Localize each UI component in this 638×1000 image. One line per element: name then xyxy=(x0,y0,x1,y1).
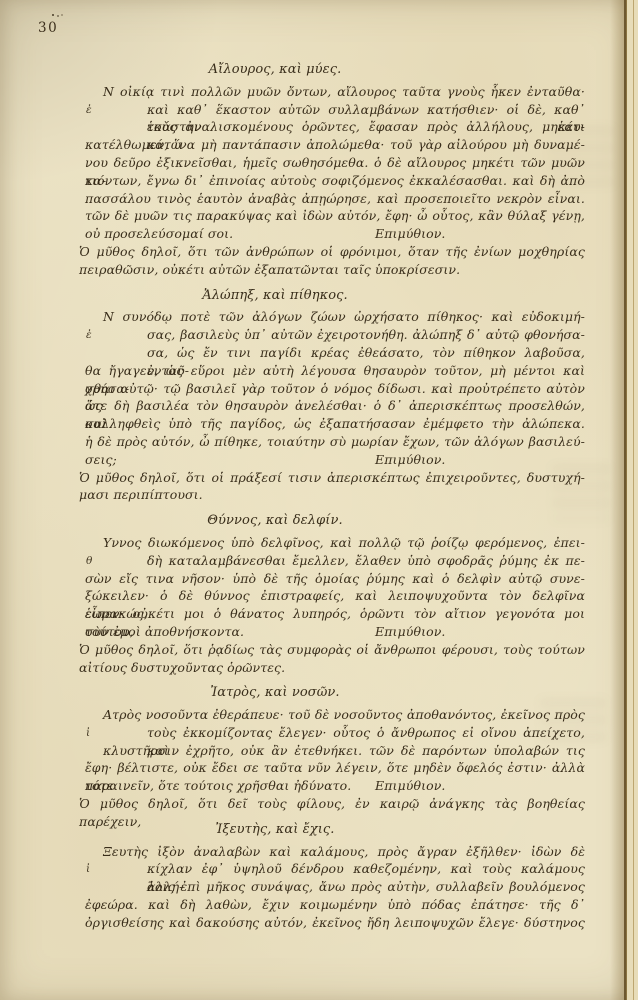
line-text: ὀργισθείσης καὶ δακούσης αὐτόν, ἐκεῖνος … xyxy=(85,915,585,930)
line-text: συλληφθεὶς ὑπὸ τῆς παγίδος, ὡς ἐξαπατήσα… xyxy=(85,416,585,431)
text-line: Ν συνόδῳ ποτὲ τῶν ἀλόγων ζώων ὠρχήσατο π… xyxy=(103,308,585,326)
text-line: σα, ὡς ἔν τινι παγίδι κρέας ἐθεάσατο, τὸ… xyxy=(147,344,585,362)
text-line: Ξευτὴς ἰξὸν ἀναλαβὼν καὶ καλάμους, πρὸς … xyxy=(103,843,585,861)
fable-title: Αἴλουρος, καὶ μύες. xyxy=(85,61,585,79)
text-line: ἅτε δὴ βασιλέα τὸν θησαυρὸν ἀνελέσθαι· ὁ… xyxy=(85,397,585,415)
line-text: σὺν ἐμοὶ ἀποθνήσκοντα. xyxy=(85,624,244,639)
text-line: θδὴ καταλαμβάνεσθαι ἔμελλεν, ἔλαθεν ὑπὸ … xyxy=(147,552,585,570)
text-line: σὼν εἴς τινα νῆσον· ὑπὸ δὲ τῆς ὁμοίας ῥύ… xyxy=(85,570,585,588)
line-text: Ὁ μῦθος δηλοῖ, ὅτι τῶν ἀνθρώπων οἱ φρόνι… xyxy=(79,244,585,259)
line-text: μασι περιπίπτουσι. xyxy=(79,487,203,502)
text-line: ἡ δὲ πρὸς αὐτόν, ὦ πίθηκε, τοιαύτην σὺ μ… xyxy=(85,433,585,451)
epimythion-label: Επιμύθιον. xyxy=(375,225,446,243)
text-line: τιόντων, ἔγνω δι᾽ ἐπινοίας αὐτοὺς σοφιζό… xyxy=(85,172,585,190)
text-line: ἐφεώρα. καὶ δὴ λαθὼν, ἔχιν κοιμωμένην ὑπ… xyxy=(85,896,585,914)
text-line: ἰτοὺς ἐκκομίζοντας ἔλεγεν· οὗτος ὁ ἄνθρω… xyxy=(147,724,585,742)
guide-letter: ἰ xyxy=(86,861,90,879)
text-line: Υννος διωκόμενος ὑπὸ δελφῖνος, καὶ πολλῷ… xyxy=(103,534,585,552)
line-text: οὐ προσελεύσομαί σοι. xyxy=(85,226,233,241)
text-line: Ατρὸς νοσοῦντα ἐθεράπευε· τοῦ δὲ νοσοῦντ… xyxy=(103,706,585,724)
line-text: σας, βασιλεὺς ὑπ᾽ αὐτῶν ἐχειροτονήθη. ἀλ… xyxy=(147,327,585,342)
guide-letter: ἐ xyxy=(86,102,92,120)
text-line: συλληφθεὶς ὑπὸ τῆς παγίδος, ὡς ἐξαπατήσα… xyxy=(85,415,585,433)
text-line: κλυστῆρσιν ἐχρῆτο, οὐκ ἂν ἐτεθνήκει. τῶν… xyxy=(103,742,585,760)
epimythion-line: οὐ προσελεύσομαί σοι.Επιμύθιον. xyxy=(85,225,585,243)
page-number: 30 xyxy=(38,20,58,36)
line-text: λοις ἐπὶ μῆκος συνάψας, ἄνω πρὸς αὐτὴν, … xyxy=(147,879,585,894)
line-text: Υννος διωκόμενος ὑπὸ δελφῖνος, καὶ πολλῷ… xyxy=(103,535,585,550)
epimythion-line: σὺν ἐμοὶ ἀποθνήσκοντα.Επιμύθιον. xyxy=(85,623,585,641)
fable-title: Ἰατρὸς, καὶ νοσῶν. xyxy=(85,684,585,702)
epimythion-label: Επιμύθιον. xyxy=(375,777,446,795)
line-text: τιόντων, ἔγνω δι᾽ ἐπινοίας αὐτοὺς σοφιζό… xyxy=(85,173,585,188)
line-text: ἐφεώρα. καὶ δὴ λαθὼν, ἔχιν κοιμωμένην ὑπ… xyxy=(85,897,585,912)
line-text: αἰτίους δυστυχοῦντας ὁρῶντες. xyxy=(79,660,285,675)
text-line: ἐσας, βασιλεὺς ὑπ᾽ αὐτῶν ἐχειροτονήθη. ἀ… xyxy=(147,326,585,344)
line-text: Ξευτὴς ἰξὸν ἀναλαβὼν καὶ καλάμους, πρὸς … xyxy=(103,844,585,859)
line-text: ἡ δὲ πρὸς αὐτόν, ὦ πίθηκε, τοιαύτην σὺ μ… xyxy=(85,434,585,449)
guide-letter: θ xyxy=(86,553,92,571)
line-text: σὼν εἴς τινα νῆσον· ὑπὸ δὲ τῆς ὁμοίας ῥύ… xyxy=(85,571,585,586)
line-text: πειραθῶσιν, οὐκέτι αὐτῶν ἐξαπατῶνται ταῖ… xyxy=(79,262,460,277)
text-line: Ν οἰκίᾳ τινὶ πολλῶν μυῶν ὄντων, αἴλουρος… xyxy=(103,83,585,101)
text-line: τῶν δὲ μυῶν τις παρακύψας καὶ ἰδὼν αὐτόν… xyxy=(85,207,585,225)
text-line: ὀργισθείσης καὶ δακούσης αὐτόν, ἐκεῖνος … xyxy=(85,914,585,932)
page-gutter-shadow xyxy=(610,0,624,1000)
guide-letter: ἰ xyxy=(86,725,90,743)
fable-title: Ἰξευτὴς, καὶ ἔχις. xyxy=(85,821,585,839)
line-text: Ὁ μῦθος δηλοῖ, ὅτι ῥᾳδίως τὰς συμφορὰς ο… xyxy=(79,642,585,657)
text-line: ξώκειλεν· ὁ δὲ θύννος ἐπιστραφείς, καὶ λ… xyxy=(85,587,585,605)
line-text: Ν συνόδῳ ποτὲ τῶν ἀλόγων ζώων ὠρχήσατο π… xyxy=(103,309,585,324)
line-text: Ν οἰκίᾳ τινὶ πολλῶν μυῶν ὄντων, αἴλουρος… xyxy=(103,84,585,99)
moral-line: αἰτίους δυστυχοῦντας ὁρῶντες. xyxy=(79,659,585,677)
line-text: Ὁ μῦθος δηλοῖ, ὅτι οἱ πράξεσί τισιν ἀπερ… xyxy=(79,470,585,485)
epimythion-label: Επιμύθιον. xyxy=(375,623,446,641)
moral-line: μασι περιπίπτουσι. xyxy=(79,486,585,504)
line-text: Ατρὸς νοσοῦντα ἐθεράπευε· τοῦ δὲ νοσοῦντ… xyxy=(103,707,585,722)
moral-line: πειραθῶσιν, οὐκέτι αὐτῶν ἐξαπατῶνται ταῖ… xyxy=(79,261,585,279)
line-text: πασσάλου τινὸς ἑαυτὸν ἀναβὰς ἀπῃώρησε, κ… xyxy=(85,191,585,206)
book-page: 30 Αἴλουρος, καὶ μύες.Ν οἰκίᾳ τινὶ πολλῶ… xyxy=(0,0,638,1000)
text-line: κατέλθωμεν, ἵνα μὴ παντάπασιν ἀπολώμεθα·… xyxy=(85,136,585,154)
text-line: λοις ἐπὶ μῆκος συνάψας, ἄνω πρὸς αὐτὴν, … xyxy=(147,878,585,896)
page-edge-strip-line xyxy=(633,0,634,1000)
line-text: παραινεῖν, ὅτε τούτοις χρῆσθαι ἠδύνατο. xyxy=(85,778,351,793)
page-edge-strip xyxy=(626,0,638,1000)
epimythion-label: Επιμύθιον. xyxy=(375,451,446,469)
text-line: εἶπεν· οὐκέτι μοι ὁ θάνατος λυπηρός, ὁρῶ… xyxy=(85,605,585,623)
moral-line: Ὁ μῦθος δηλοῖ, ὅτι οἱ πράξεσί τισιν ἀπερ… xyxy=(79,469,585,487)
text-line: ἐκαὶ καθ᾽ ἕκαστον αὐτῶν συλλαμβάνων κατή… xyxy=(147,101,585,119)
line-text: κατέλθωμεν, ἵνα μὴ παντάπασιν ἀπολώμεθα·… xyxy=(85,137,585,152)
text-line: τοὺς ἀναλισκομένους ὁρῶντες, ἔφασαν πρὸς… xyxy=(147,118,585,136)
text-line: σθαι αὐτῷ· τῷ βασιλεῖ γὰρ τοῦτον ὁ νόμος… xyxy=(85,380,585,398)
line-text: δὴ καταλαμβάνεσθαι ἔμελλεν, ἔλαθεν ὑπὸ σ… xyxy=(147,553,585,568)
fable-title: Ἀλώπηξ, καὶ πίθηκος. xyxy=(85,287,585,305)
text-line: ἰκίχλαν ἐφ᾽ ὑψηλοῦ δένδρου καθεζομένην, … xyxy=(147,860,585,878)
text-line: νου δεῦρο ἐξικνεῖσθαι, ἡμεῖς σωθησόμεθα.… xyxy=(85,154,585,172)
guide-letter: ἐ xyxy=(86,327,92,345)
text-block: Αἴλουρος, καὶ μύες.Ν οἰκίᾳ τινὶ πολλῶν μ… xyxy=(85,53,585,932)
text-line: θα ἤγαγεν, ὡς εὕροι μὲν αὐτὴ λέγουσα θησ… xyxy=(85,362,585,380)
text-line: ἔφη· βέλτιστε, οὐκ ἔδει σε ταῦτα νῦν λέγ… xyxy=(85,759,585,777)
moral-line: Ὁ μῦθος δηλοῖ, ὅτι τῶν ἀνθρώπων οἱ φρόνι… xyxy=(79,243,585,261)
line-text: σεις; xyxy=(85,452,117,467)
fable-title: Θύννος, καὶ δελφίν. xyxy=(85,512,585,530)
line-text: κλυστῆρσιν ἐχρῆτο, οὐκ ἂν ἐτεθνήκει. τῶν… xyxy=(103,743,585,758)
line-text: τῶν δὲ μυῶν τις παρακύψας καὶ ἰδὼν αὐτόν… xyxy=(85,208,585,223)
moral-line: Ὁ μῦθος δηλοῖ, ὅτι δεῖ τοὺς φίλους, ἐν κ… xyxy=(79,795,585,813)
epimythion-line: σεις;Επιμύθιον. xyxy=(85,451,585,469)
moral-line: Ὁ μῦθος δηλοῖ, ὅτι ῥᾳδίως τὰς συμφορὰς ο… xyxy=(79,641,585,659)
epimythion-line: παραινεῖν, ὅτε τούτοις χρῆσθαι ἠδύνατο.Ε… xyxy=(85,777,585,795)
text-line: πασσάλου τινὸς ἑαυτὸν ἀναβὰς ἀπῃώρησε, κ… xyxy=(85,190,585,208)
ink-speck xyxy=(52,14,54,16)
